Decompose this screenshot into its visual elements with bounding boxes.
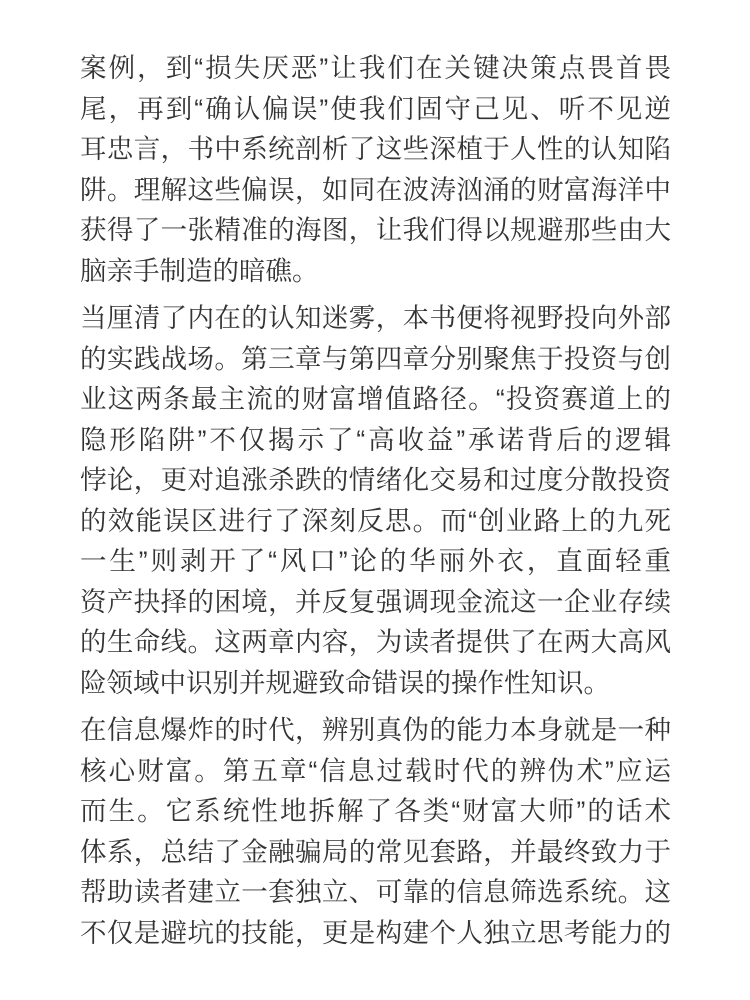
- text-line: 而生。它系统性地拆解了各类“财富大师”的话术: [80, 791, 671, 832]
- text-line: 帮助读者建立一套独立、可靠的信息筛选系统。这: [80, 872, 671, 913]
- text-line: 的生命线。这两章内容，为读者提供了在两大高风: [80, 622, 671, 663]
- text-line: 阱。理解这些偏误，如同在波涛汹涌的财富海洋中: [80, 170, 671, 211]
- text-line: 体系，总结了金融骗局的常见套路，并最终致力于: [80, 832, 671, 873]
- text-line: 在信息爆炸的时代，辨别真伪的能力本身就是一种: [80, 710, 671, 751]
- paragraph-2: 当厘清了内在的认知迷雾，本书便将视野投向外部的实践战场。第三章与第四章分别聚焦于…: [80, 298, 671, 703]
- text-content: 案例，到“损失厌恶”让我们在关键决策点畏首畏尾，再到“确认偏误”使我们固守己见、…: [80, 48, 671, 953]
- text-line: 脑亲手制造的暗礁。: [80, 251, 671, 292]
- text-line: 不仅是避坑的技能，更是构建个人独立思考能力的: [80, 913, 671, 954]
- text-line: 的实践战场。第三章与第四章分别聚焦于投资与创: [80, 339, 671, 380]
- text-line: 业这两条最主流的财富增值路径。“投资赛道上的: [80, 379, 671, 420]
- text-line: 核心财富。第五章“信息过载时代的辨伪术”应运: [80, 751, 671, 792]
- text-line: 案例，到“损失厌恶”让我们在关键决策点畏首畏: [80, 48, 671, 89]
- paragraph-1: 案例，到“损失厌恶”让我们在关键决策点畏首畏尾，再到“确认偏误”使我们固守己见、…: [80, 48, 671, 291]
- text-line: 隐形陷阱”不仅揭示了“高收益”承诺背后的逻辑: [80, 420, 671, 461]
- text-line: 耳忠言，书中系统剖析了这些深植于人性的认知陷: [80, 129, 671, 170]
- document-page: 案例，到“损失厌恶”让我们在关键决策点畏首畏尾，再到“确认偏误”使我们固守己见、…: [0, 0, 750, 1000]
- paragraph-3: 在信息爆炸的时代，辨别真伪的能力本身就是一种核心财富。第五章“信息过载时代的辨伪…: [80, 710, 671, 953]
- text-line: 的效能误区进行了深刻反思。而“创业路上的九死: [80, 501, 671, 542]
- text-line: 尾，再到“确认偏误”使我们固守己见、听不见逆: [80, 89, 671, 130]
- text-line: 获得了一张精准的海图，让我们得以规避那些由大: [80, 210, 671, 251]
- text-line: 险领域中识别并规避致命错误的操作性知识。: [80, 663, 671, 704]
- text-line: 当厘清了内在的认知迷雾，本书便将视野投向外部: [80, 298, 671, 339]
- text-line: 资产抉择的困境，并反复强调现金流这一企业存续: [80, 582, 671, 623]
- text-line: 一生”则剥开了“风口”论的华丽外衣，直面轻重: [80, 541, 671, 582]
- text-line: 悖论，更对追涨杀跌的情绪化交易和过度分散投资: [80, 460, 671, 501]
